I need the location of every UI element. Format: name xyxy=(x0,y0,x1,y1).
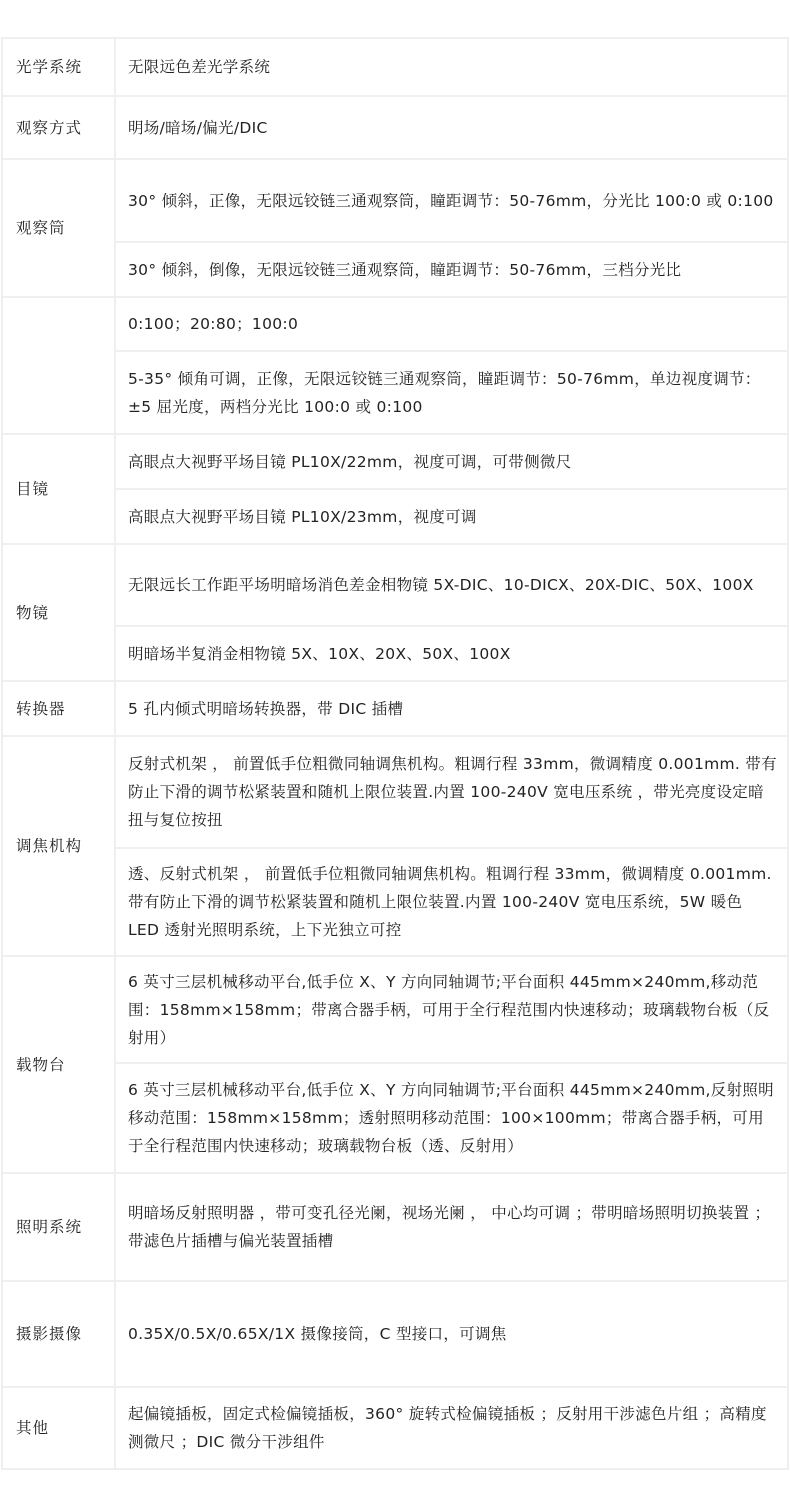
row-value: 30° 倾斜，倒像，无限远铰链三通观察筒，瞳距调节：50-76mm，三档分光比 xyxy=(115,242,788,297)
row-value: 5 孔内倾式明暗场转换器，带 DIC 插槽 xyxy=(115,681,788,736)
table-row: 观察筒 30° 倾斜，正像，无限远铰链三通观察筒，瞳距调节：50-76mm，分光… xyxy=(2,159,788,242)
row-value: 6 英寸三层机械移动平台,低手位 X、Y 方向同轴调节;平台面积 445mm×2… xyxy=(115,1063,788,1173)
row-label: 物镜 xyxy=(2,544,115,681)
row-value: 明暗场半复消金相物镜 5X、10X、20X、50X、100X xyxy=(115,626,788,681)
table-row: 摄影摄像 0.35X/0.5X/0.65X/1X 摄像接筒，C 型接口，可调焦 xyxy=(2,1281,788,1387)
row-value: 明场/暗场/偏光/DIC xyxy=(115,96,788,159)
row-label: 观察方式 xyxy=(2,96,115,159)
table-row: 5-35° 倾角可调，正像，无限远铰链三通观察筒，瞳距调节：50-76mm，单边… xyxy=(2,351,788,434)
row-value: 反射式机架 ， 前置低手位粗微同轴调焦机构。粗调行程 33mm，微调精度 0.0… xyxy=(115,736,788,848)
row-value: 无限远长工作距平场明暗场消色差金相物镜 5X-DIC、10-DICX、20X-D… xyxy=(115,544,788,626)
table-row: 转换器 5 孔内倾式明暗场转换器，带 DIC 插槽 xyxy=(2,681,788,736)
row-value: 0:100；20:80；100:0 xyxy=(115,297,788,351)
table-row: 透、反射式机架 ， 前置低手位粗微同轴调焦机构。粗调行程 33mm，微调精度 0… xyxy=(2,848,788,956)
row-label: 观察筒 xyxy=(2,159,115,297)
row-label: 摄影摄像 xyxy=(2,1281,115,1387)
table-row: 观察方式 明场/暗场/偏光/DIC xyxy=(2,96,788,159)
table-row: 其他 起偏镜插板，固定式检偏镜插板，360° 旋转式检偏镜插板 ；反射用干涉滤色… xyxy=(2,1387,788,1469)
table-row: 载物台 6 英寸三层机械移动平台,低手位 X、Y 方向同轴调节;平台面积 445… xyxy=(2,956,788,1063)
table-row: 照明系统 明暗场反射照明器 ，带可变孔径光阑，视场光阑 ， 中心均可调 ；带明暗… xyxy=(2,1173,788,1281)
row-value: 30° 倾斜，正像，无限远铰链三通观察筒，瞳距调节：50-76mm，分光比 10… xyxy=(115,159,788,242)
row-value: 透、反射式机架 ， 前置低手位粗微同轴调焦机构。粗调行程 33mm，微调精度 0… xyxy=(115,848,788,956)
row-label: 其他 xyxy=(2,1387,115,1469)
table-row: 调焦机构 反射式机架 ， 前置低手位粗微同轴调焦机构。粗调行程 33mm，微调精… xyxy=(2,736,788,848)
table-row: 6 英寸三层机械移动平台,低手位 X、Y 方向同轴调节;平台面积 445mm×2… xyxy=(2,1063,788,1173)
row-label: 转换器 xyxy=(2,681,115,736)
spec-table: 光学系统 无限远色差光学系统 观察方式 明场/暗场/偏光/DIC 观察筒 30°… xyxy=(1,37,789,1470)
table-row: 0:100；20:80；100:0 xyxy=(2,297,788,351)
table-row: 30° 倾斜，倒像，无限远铰链三通观察筒，瞳距调节：50-76mm，三档分光比 xyxy=(2,242,788,297)
row-label: 照明系统 xyxy=(2,1173,115,1281)
row-value: 高眼点大视野平场目镜 PL10X/22mm，视度可调，可带侧微尺 xyxy=(115,434,788,489)
table-row: 明暗场半复消金相物镜 5X、10X、20X、50X、100X xyxy=(2,626,788,681)
table-row: 高眼点大视野平场目镜 PL10X/23mm，视度可调 xyxy=(2,489,788,544)
row-label: 目镜 xyxy=(2,434,115,544)
row-value: 6 英寸三层机械移动平台,低手位 X、Y 方向同轴调节;平台面积 445mm×2… xyxy=(115,956,788,1063)
table-row: 光学系统 无限远色差光学系统 xyxy=(2,38,788,96)
row-value: 无限远色差光学系统 xyxy=(115,38,788,96)
row-label: 调焦机构 xyxy=(2,736,115,956)
table-row: 物镜 无限远长工作距平场明暗场消色差金相物镜 5X-DIC、10-DICX、20… xyxy=(2,544,788,626)
row-value: 0.35X/0.5X/0.65X/1X 摄像接筒，C 型接口，可调焦 xyxy=(115,1281,788,1387)
row-label: 光学系统 xyxy=(2,38,115,96)
row-value: 起偏镜插板，固定式检偏镜插板，360° 旋转式检偏镜插板 ；反射用干涉滤色片组 … xyxy=(115,1387,788,1469)
row-value: 5-35° 倾角可调，正像，无限远铰链三通观察筒，瞳距调节：50-76mm，单边… xyxy=(115,351,788,434)
row-value: 高眼点大视野平场目镜 PL10X/23mm，视度可调 xyxy=(115,489,788,544)
row-label: 载物台 xyxy=(2,956,115,1173)
table-row: 目镜 高眼点大视野平场目镜 PL10X/22mm，视度可调，可带侧微尺 xyxy=(2,434,788,489)
row-label xyxy=(2,297,115,434)
row-value: 明暗场反射照明器 ，带可变孔径光阑，视场光阑 ， 中心均可调 ；带明暗场照明切换… xyxy=(115,1173,788,1281)
